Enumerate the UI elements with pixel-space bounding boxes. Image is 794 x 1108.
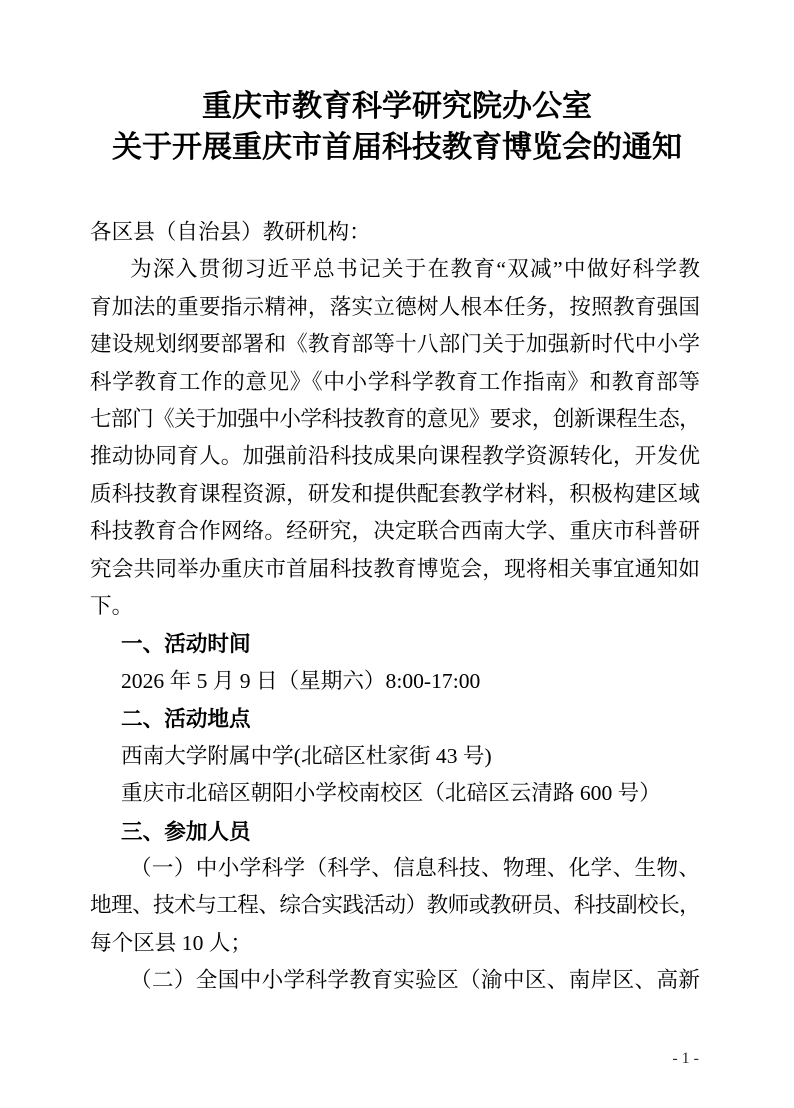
intro-line: 建设规划纲要部署和《教育部等十八部门关于加强新时代中小学 bbox=[90, 326, 700, 363]
venue-line-1: 西南大学附属中学(北碚区杜家街 43 号) bbox=[90, 738, 700, 775]
participants-line: （一）中小学科学（科学、信息科技、物理、化学、生物、 bbox=[90, 850, 700, 887]
intro-line: 七部门《关于加强中小学科技教育的意见》要求，创新课程生态， bbox=[90, 401, 700, 438]
participants-line: 地理、技术与工程、综合实践活动）教师或教研员、科技副校长， bbox=[90, 887, 700, 924]
venue-line-2: 重庆市北碚区朝阳小学校南校区（北碚区云清路 600 号） bbox=[90, 775, 700, 812]
document-title: 重庆市教育科学研究院办公室 关于开展重庆市首届科技教育博览会的通知 bbox=[0, 0, 794, 168]
section-heading-location: 二、活动地点 bbox=[90, 700, 700, 737]
document-body: 各区县（自治县）教研机构： 为深入贯彻习近平总书记关于在教育“双减”中做好科学教… bbox=[90, 214, 700, 1000]
intro-line: 质科技教育课程资源，研发和提供配套教学材料，积极构建区域 bbox=[90, 476, 700, 513]
activity-date-line: 2026 年 5 月 9 日（星期六）8:00-17:00 bbox=[90, 663, 700, 700]
document-title-line-2: 关于开展重庆市首届科技教育博览会的通知 bbox=[0, 127, 794, 168]
document-page: 重庆市教育科学研究院办公室 关于开展重庆市首届科技教育博览会的通知 各区县（自治… bbox=[0, 0, 794, 1108]
intro-line: 究会共同举办重庆市首届科技教育博览会，现将相关事宜通知如 bbox=[90, 551, 700, 588]
document-title-line-1: 重庆市教育科学研究院办公室 bbox=[0, 86, 794, 127]
participants-line: 每个区县 10 人； bbox=[90, 925, 700, 962]
intro-line: 科学教育工作的意见》《中小学科学教育工作指南》和教育部等 bbox=[90, 364, 700, 401]
intro-paragraph: 为深入贯彻习近平总书记关于在教育“双减”中做好科学教 育加法的重要指示精神，落实… bbox=[90, 251, 700, 625]
section-participants: 三、参加人员 （一）中小学科学（科学、信息科技、物理、化学、生物、 地理、技术与… bbox=[90, 813, 700, 1000]
intro-line: 育加法的重要指示精神，落实立德树人根本任务，按照教育强国 bbox=[90, 289, 700, 326]
intro-line: 下。 bbox=[90, 588, 700, 625]
salutation: 各区县（自治县）教研机构： bbox=[90, 214, 700, 251]
section-heading-participants: 三、参加人员 bbox=[90, 813, 700, 850]
page-number: - 1 - bbox=[672, 1050, 699, 1068]
intro-line: 科技教育合作网络。经研究，决定联合西南大学、重庆市科普研 bbox=[90, 513, 700, 550]
section-activity-time: 一、活动时间 2026 年 5 月 9 日（星期六）8:00-17:00 bbox=[90, 625, 700, 700]
section-activity-location: 二、活动地点 西南大学附属中学(北碚区杜家街 43 号) 重庆市北碚区朝阳小学校… bbox=[90, 700, 700, 812]
intro-line: 推动协同育人。加强前沿科技成果向课程教学资源转化，开发优 bbox=[90, 438, 700, 475]
participants-line: （二）全国中小学科学教育实验区（渝中区、南岸区、高新 bbox=[90, 962, 700, 999]
intro-line: 为深入贯彻习近平总书记关于在教育“双减”中做好科学教 bbox=[90, 251, 700, 288]
section-heading-time: 一、活动时间 bbox=[90, 625, 700, 662]
